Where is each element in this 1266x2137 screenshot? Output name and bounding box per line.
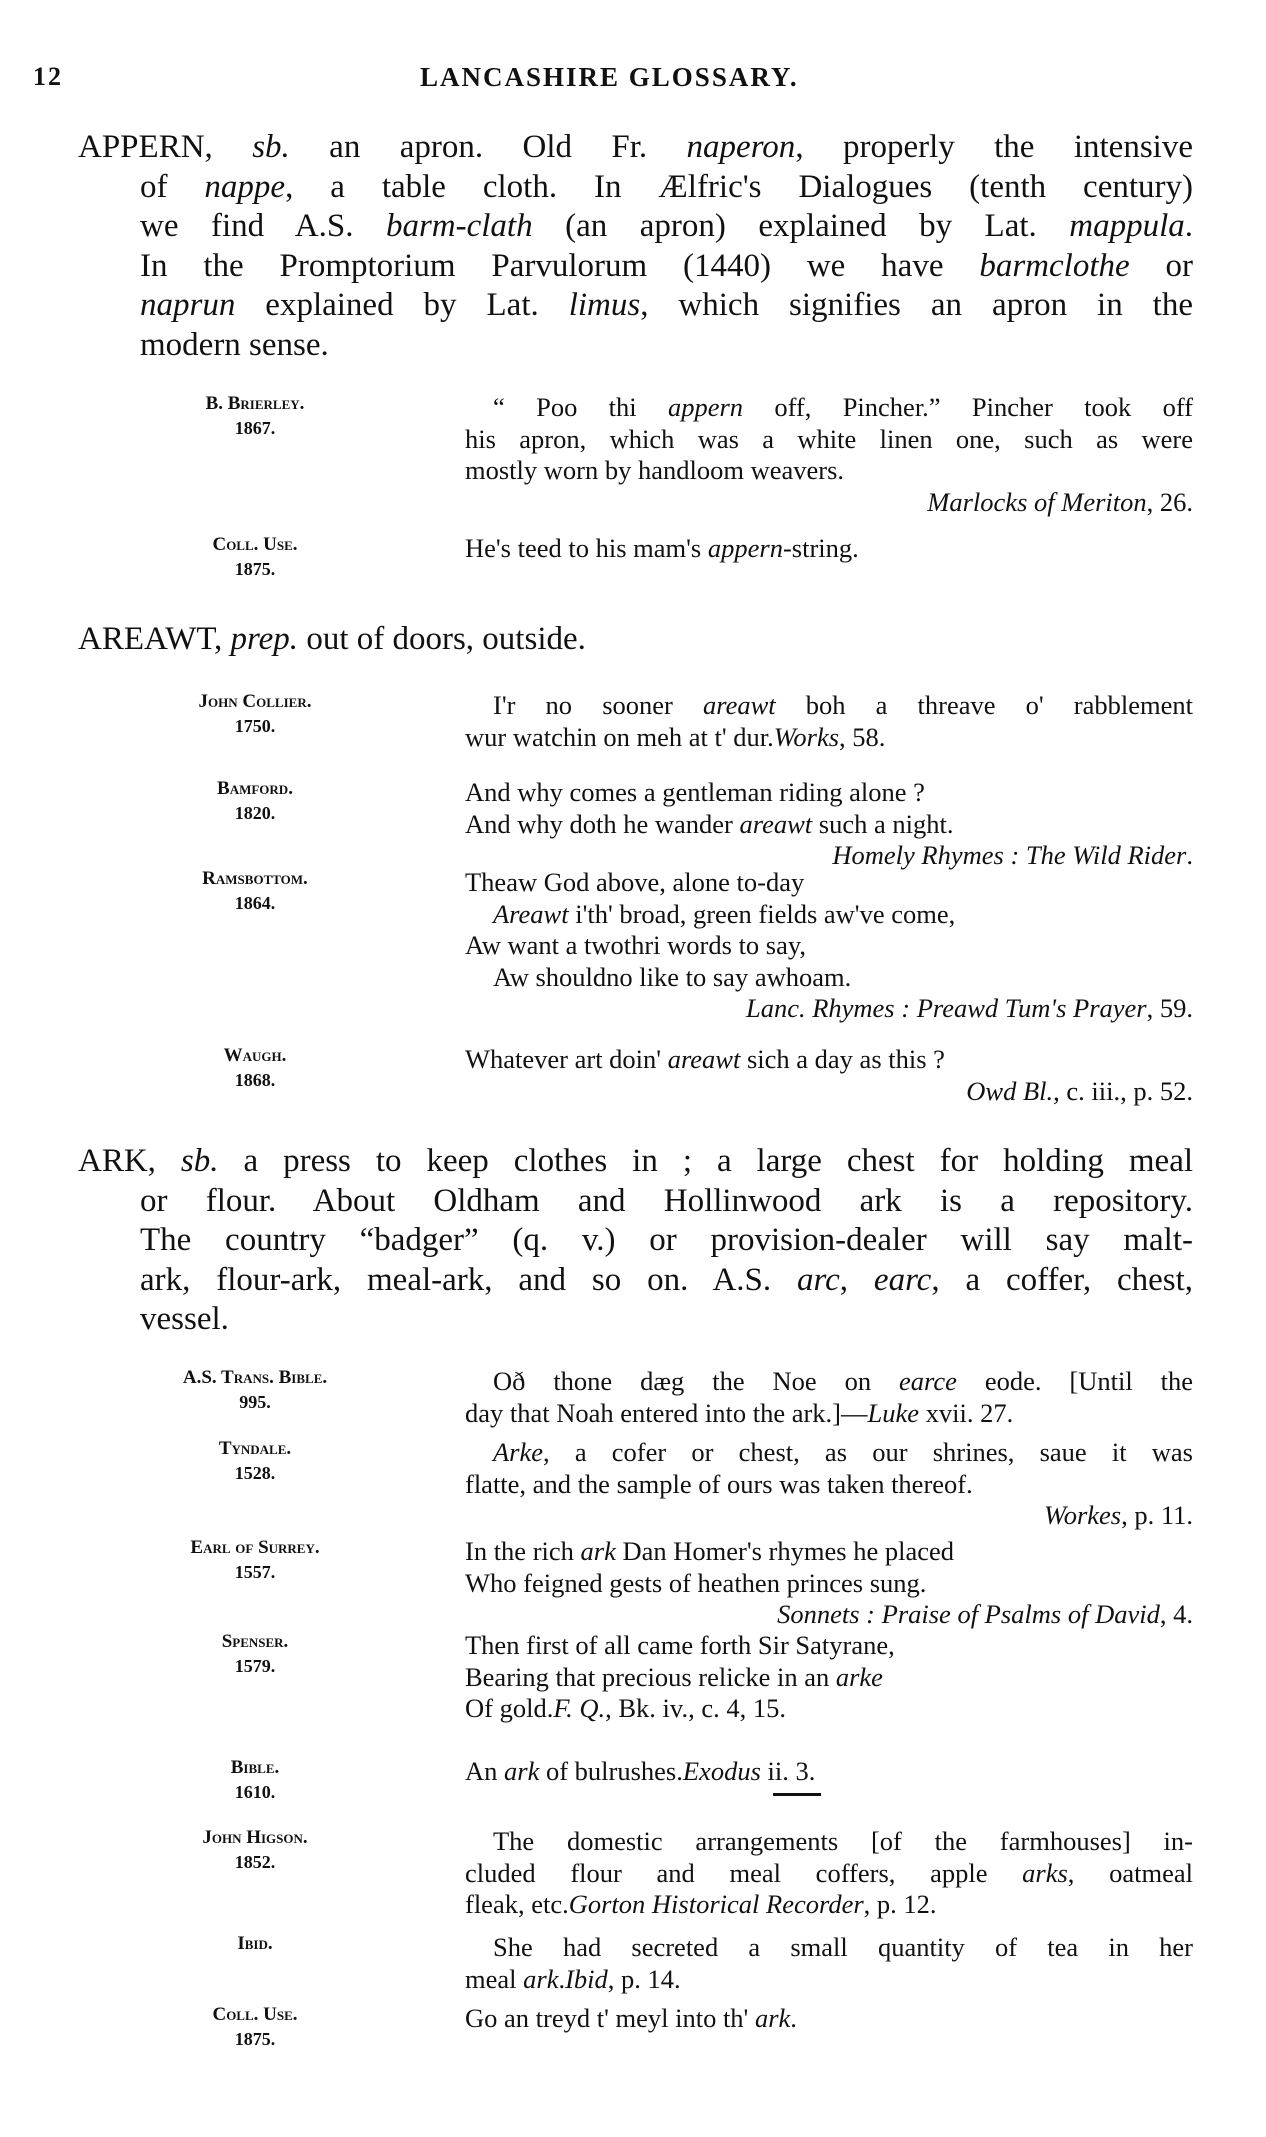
source-ref: , 4.: [1160, 1599, 1193, 1629]
text: Dan Homer's rhymes he placed: [616, 1536, 954, 1566]
entry-line: of nappe, a table cloth. In Ælfric's Dia…: [78, 168, 1193, 208]
italic-term: arc: [797, 1262, 840, 1298]
citation-year: 1579.: [135, 1654, 375, 1678]
citation-author: Ibid.: [135, 1932, 375, 1956]
source-ref: ii. 3.: [761, 1756, 815, 1786]
citation-text: He's teed to his mam's appern-string.: [465, 533, 1193, 565]
entry-line: The country “badger” (q. v.) or provisio…: [78, 1221, 1193, 1261]
headword: ARK,: [78, 1143, 156, 1179]
text: of bulrushes.: [539, 1756, 683, 1786]
text: meal: [465, 1964, 523, 1994]
text: ark, flour-ark, meal-ark, and so on. A.S…: [140, 1262, 797, 1298]
citation-source: Workes, p. 11.: [465, 1500, 1193, 1532]
citation-text: I'r no sooner areawt boh a threave o' ra…: [465, 690, 1193, 753]
citation-author: Coll. Use.1875.: [135, 533, 375, 581]
text: an apron. Old Fr.: [329, 129, 686, 165]
text: such a night.: [812, 809, 953, 839]
quote-line: Go an treyd t' meyl into th' ark.: [465, 2003, 1193, 2035]
author-name: Earl of Surrey.: [190, 1537, 319, 1558]
source-title: Ibid: [565, 1964, 608, 1994]
citation-text: She had secreted a small quantity of tea…: [465, 1932, 1193, 1995]
author-name: Ramsbottom.: [202, 868, 308, 889]
quote-line: Whatever art doin' areawt sich a day as …: [465, 1044, 1193, 1076]
section-divider: [773, 1793, 821, 1796]
citation-year: 1867.: [135, 416, 375, 440]
citation-year: 1852.: [135, 1850, 375, 1874]
quote-line: In the rich ark Dan Homer's rhymes he pl…: [465, 1536, 1193, 1568]
citation-source: F. Q., Bk. iv., c. 4, 15.: [553, 1693, 786, 1723]
italic-term: mappula: [1069, 208, 1185, 244]
italic-term: areawt: [740, 809, 813, 839]
text: And why doth he wander: [465, 809, 740, 839]
text: Whatever art doin': [465, 1044, 668, 1074]
citation-text: And why comes a gentleman riding alone ?…: [465, 777, 1193, 872]
italic-term: naprun: [140, 287, 235, 323]
entry-appern: APPERN, sb. an apron. Old Fr. naperon, p…: [78, 128, 1193, 365]
citation-text: In the rich ark Dan Homer's rhymes he pl…: [465, 1536, 1193, 1631]
text: eode. [Until the: [957, 1366, 1193, 1396]
text: day that Noah entered into the ark.]—: [465, 1398, 868, 1428]
text: In the Promptorium Parvulorum (1440) we …: [140, 248, 979, 284]
quote-line: mostly worn by handloom weavers.: [465, 455, 1193, 487]
text: of: [140, 169, 204, 205]
source-title: Workes: [1044, 1500, 1121, 1530]
text: In the rich: [465, 1536, 581, 1566]
citation-year: 1528.: [135, 1461, 375, 1485]
headword: AREAWT,: [78, 621, 222, 657]
quote-line: Theaw God above, alone to-day: [465, 867, 1193, 899]
text: off, Pincher.” Pincher took off: [743, 392, 1193, 422]
text: , a coffer, chest,: [931, 1262, 1193, 1298]
citation-author: Earl of Surrey.1557.: [135, 1536, 375, 1584]
italic-term: Arke: [493, 1437, 543, 1467]
citation-source: Ibid, p. 14.: [565, 1964, 681, 1994]
citation-author: Bamford.1820.: [135, 777, 375, 825]
entry-line: In the Promptorium Parvulorum (1440) we …: [78, 247, 1193, 287]
author-name: Coll. Use.: [212, 2004, 297, 2025]
entry-line: ark, flour-ark, meal-ark, and so on. A.S…: [78, 1261, 1193, 1301]
text: wur watchin on meh at t' dur.: [465, 722, 774, 752]
part-of-speech: prep.: [231, 621, 299, 657]
italic-term: ark: [504, 1756, 539, 1786]
text: He's teed to his mam's: [465, 533, 708, 563]
quote-line: And why doth he wander areawt such a nig…: [465, 809, 1193, 841]
source-title: Exodus: [683, 1756, 761, 1786]
text: .: [1185, 208, 1193, 244]
text: , which signifies an apron in the: [640, 287, 1193, 323]
citation-year: 1750.: [135, 714, 375, 738]
entry-line: AREAWT, prep. out of doors, outside.: [78, 620, 1193, 660]
quote-line: An ark of bulrushes.Exodus ii. 3.: [465, 1756, 1193, 1788]
source-ref: , p. 11.: [1121, 1500, 1193, 1530]
text: I'r no sooner: [493, 690, 703, 720]
italic-term: earce: [899, 1366, 957, 1396]
author-name: Bamford.: [217, 778, 293, 799]
entry-line: modern sense.: [78, 326, 1193, 366]
citation-year: 1820.: [135, 801, 375, 825]
running-header: 12 LANCASHIRE GLOSSARY.: [0, 62, 1266, 102]
text: , a table cloth. In Ælfric's Dialogues (…: [285, 169, 1193, 205]
source-ref: , c. iii., p. 52.: [1053, 1076, 1193, 1106]
italic-term: appern: [708, 533, 783, 563]
text: Of gold.: [465, 1693, 553, 1723]
source-ref: , 58.: [839, 722, 885, 752]
text: (an apron) explained by Lat.: [533, 208, 1070, 244]
italic-term: areawt: [703, 690, 776, 720]
quote-line: wur watchin on meh at t' dur.Works, 58.: [465, 722, 1193, 754]
text: , properly the intensive: [795, 129, 1193, 165]
source-ref: , 26.: [1147, 487, 1193, 517]
text: Go an treyd t' meyl into th': [465, 2003, 755, 2033]
text: An: [465, 1756, 504, 1786]
citation-source: Lanc. Rhymes : Preawd Tum's Prayer, 59.: [465, 993, 1193, 1025]
italic-term: barmclothe: [979, 248, 1129, 284]
citation-text: Arke, a cofer or chest, as our shrines, …: [465, 1437, 1193, 1532]
citation-text: Whatever art doin' areawt sich a day as …: [465, 1044, 1193, 1107]
citation-year: 1610.: [135, 1780, 375, 1804]
italic-term: ark: [581, 1536, 616, 1566]
citation-year: 1875.: [135, 557, 375, 581]
source-title: Gorton Historical Recorder: [569, 1889, 864, 1919]
citation-text: “ Poo thi appern off, Pincher.” Pincher …: [465, 392, 1193, 518]
source-title: Homely Rhymes : The Wild Rider: [832, 840, 1186, 870]
text: modern sense.: [140, 327, 329, 363]
quote-line: meal ark.Ibid, p. 14.: [465, 1964, 1193, 1996]
part-of-speech: sb.: [252, 129, 290, 165]
text: or: [1130, 248, 1193, 284]
citation-author: John Collier.1750.: [135, 690, 375, 738]
italic-term: barm-clath: [386, 208, 533, 244]
citation-author: Tyndale.1528.: [135, 1437, 375, 1485]
italic-term: arks: [1022, 1858, 1068, 1888]
quote-line: And why comes a gentleman riding alone ?: [465, 777, 1193, 809]
text: out of doors, outside.: [306, 621, 586, 657]
italic-term: naperon: [687, 129, 796, 165]
quote-line: She had secreted a small quantity of tea…: [465, 1932, 1193, 1964]
glossary-page: 12 LANCASHIRE GLOSSARY. APPERN, sb. an a…: [0, 0, 1266, 2137]
quote-line: his apron, which was a white linen one, …: [465, 424, 1193, 456]
citation-text: Oð thone dæg the Noe on earce eode. [Unt…: [465, 1366, 1193, 1429]
quote-line: Oð thone dæg the Noe on earce eode. [Unt…: [465, 1366, 1193, 1398]
italic-term: nappe: [204, 169, 285, 205]
italic-term: arke: [836, 1662, 883, 1692]
text: fleak, etc.: [465, 1889, 569, 1919]
citation-source: Marlocks of Meriton, 26.: [465, 487, 1193, 519]
entry-line: APPERN, sb. an apron. Old Fr. naperon, p…: [78, 128, 1193, 168]
italic-term: areawt: [668, 1044, 741, 1074]
source-title: F. Q.: [553, 1693, 605, 1723]
italic-term: Areawt: [493, 899, 569, 929]
citation-year: 1864.: [135, 891, 375, 915]
entry-line: we find A.S. barm-clath (an apron) expla…: [78, 207, 1193, 247]
citation-author: Coll. Use.1875.: [135, 2003, 375, 2051]
source-ref: , Bk. iv., c. 4, 15.: [605, 1693, 786, 1723]
text: Bearing that precious relicke in an: [465, 1662, 836, 1692]
citation-author: A.S. Trans. Bible.995.: [135, 1366, 375, 1414]
citation-author: Waugh.1868.: [135, 1044, 375, 1092]
text: boh a threave o' rabblement: [776, 690, 1193, 720]
source-title: Owd Bl.: [966, 1076, 1053, 1106]
author-name: A.S. Trans. Bible.: [183, 1367, 327, 1388]
citation-text: Go an treyd t' meyl into th' ark.: [465, 2003, 1193, 2035]
citation-source: Exodus ii. 3.: [683, 1756, 816, 1786]
citation-source: Works, 58.: [774, 722, 886, 752]
author-name: Coll. Use.: [212, 534, 297, 555]
quote-line: Areawt i'th' broad, green fields aw've c…: [465, 899, 1193, 931]
source-ref: xvii. 27.: [919, 1398, 1013, 1428]
italic-term: earc: [874, 1262, 931, 1298]
author-name: John Higson.: [202, 1827, 307, 1848]
source-ref: , p. 12.: [864, 1889, 937, 1919]
source-ref: , 59.: [1147, 993, 1193, 1023]
entry-line: or flour. About Oldham and Hollinwood ar…: [78, 1182, 1193, 1222]
citation-year: 995.: [135, 1390, 375, 1414]
author-name: Bible.: [231, 1757, 280, 1778]
quote-line: flatte, and the sample of ours was taken…: [465, 1469, 1193, 1501]
quote-line: “ Poo thi appern off, Pincher.” Pincher …: [465, 392, 1193, 424]
citation-text: The domestic arrangements [of the farmho…: [465, 1826, 1193, 1921]
entry-ark: ARK, sb. a press to keep clothes in ; a …: [78, 1142, 1193, 1340]
source-ref: .: [1186, 840, 1193, 870]
text: we find A.S.: [140, 208, 386, 244]
text: i'th' broad, green fields aw've come,: [569, 899, 956, 929]
italic-term: limus: [569, 287, 641, 323]
source-title: Works: [774, 722, 839, 752]
source-title: Lanc. Rhymes : Preawd Tum's Prayer: [746, 993, 1147, 1023]
author-name: Spenser.: [222, 1631, 289, 1652]
source-title: Luke: [868, 1398, 920, 1428]
quote-line: Bearing that precious relicke in an arke: [465, 1662, 1193, 1694]
author-name: John Collier.: [199, 691, 312, 712]
quote-line: Arke, a cofer or chest, as our shrines, …: [465, 1437, 1193, 1469]
page-title: LANCASHIRE GLOSSARY.: [420, 62, 799, 93]
citation-text: An ark of bulrushes.Exodus ii. 3.: [465, 1756, 1193, 1788]
entry-areawt: AREAWT, prep. out of doors, outside.: [78, 620, 1193, 660]
author-name: Ibid.: [237, 1933, 272, 1954]
quote-line: fleak, etc.Gorton Historical Recorder, p…: [465, 1889, 1193, 1921]
quote-line: day that Noah entered into the ark.]—Luk…: [465, 1398, 1193, 1430]
citation-author: John Higson.1852.: [135, 1826, 375, 1874]
quote-line: Aw want a twothri words to say,: [465, 930, 1193, 962]
quote-line: Of gold.F. Q., Bk. iv., c. 4, 15.: [465, 1693, 1193, 1725]
entry-line: ARK, sb. a press to keep clothes in ; a …: [78, 1142, 1193, 1182]
text: cluded flour and meal coffers, apple: [465, 1858, 1022, 1888]
text: .: [790, 2003, 797, 2033]
citation-text: Then first of all came forth Sir Satyran…: [465, 1630, 1193, 1725]
citation-author: Ramsbottom.1864.: [135, 867, 375, 915]
text: “ Poo thi: [493, 392, 668, 422]
quote-line: He's teed to his mam's appern-string.: [465, 533, 1193, 565]
headword: APPERN,: [78, 129, 213, 165]
citation-author: B. Brierley.1867.: [135, 392, 375, 440]
citation-year: 1875.: [135, 2027, 375, 2051]
citation-text: Theaw God above, alone to-day Areawt i't…: [465, 867, 1193, 1025]
quote-line: cluded flour and meal coffers, apple ark…: [465, 1858, 1193, 1890]
italic-term: ark: [755, 2003, 790, 2033]
quote-line: Who feigned gests of heathen princes sun…: [465, 1568, 1193, 1600]
citation-year: 1868.: [135, 1068, 375, 1092]
author-name: Waugh.: [224, 1045, 287, 1066]
source-title: Marlocks of Meriton: [927, 487, 1146, 517]
page-number: 12: [33, 62, 63, 92]
citation-source: Gorton Historical Recorder, p. 12.: [569, 1889, 937, 1919]
text: -string.: [783, 533, 859, 563]
text: ,: [840, 1262, 874, 1298]
author-name: Tyndale.: [219, 1438, 291, 1459]
text: a press to keep clothes in ; a large che…: [243, 1143, 1193, 1179]
author-name: B. Brierley.: [206, 393, 305, 414]
text: sich a day as this ?: [740, 1044, 945, 1074]
text: Oð thone dæg the Noe on: [493, 1366, 899, 1396]
italic-term: ark: [523, 1964, 558, 1994]
source-title: Sonnets : Praise of Psalms of David: [777, 1599, 1160, 1629]
citation-source: Sonnets : Praise of Psalms of David, 4.: [465, 1599, 1193, 1631]
citation-author: Spenser.1579.: [135, 1630, 375, 1678]
italic-term: appern: [668, 392, 743, 422]
citation-year: 1557.: [135, 1560, 375, 1584]
entry-line: naprun explained by Lat. limus, which si…: [78, 286, 1193, 326]
text: , oatmeal: [1068, 1858, 1193, 1888]
quote-line: I'r no sooner areawt boh a threave o' ra…: [465, 690, 1193, 722]
text: explained by Lat.: [235, 287, 568, 323]
source-ref: , p. 14.: [608, 1964, 681, 1994]
entry-line: vessel.: [78, 1300, 1193, 1340]
citation-author: Bible.1610.: [135, 1756, 375, 1804]
part-of-speech: sb.: [181, 1143, 219, 1179]
quote-line: Aw shouldno like to say awhoam.: [465, 962, 1193, 994]
citation-source: Owd Bl., c. iii., p. 52.: [465, 1076, 1193, 1108]
quote-line: Then first of all came forth Sir Satyran…: [465, 1630, 1193, 1662]
quote-line: The domestic arrangements [of the farmho…: [465, 1826, 1193, 1858]
text: , a cofer or chest, as our shrines, saue…: [543, 1437, 1193, 1467]
